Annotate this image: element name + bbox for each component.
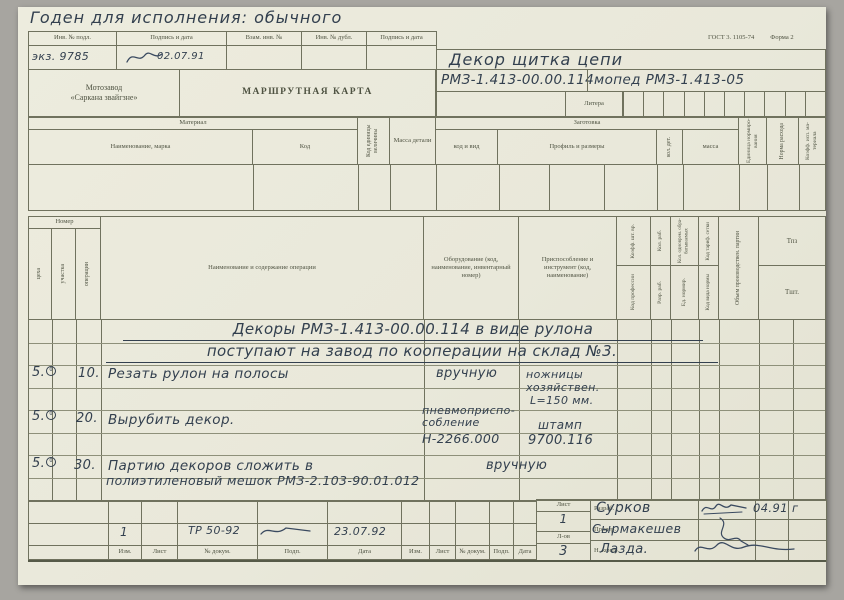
norm-unit2-cell: Ед. нормир. bbox=[670, 265, 699, 320]
gost-number: ГОСТ 3. 1105-74 bbox=[708, 34, 754, 41]
profile-cell: Профиль и размеры bbox=[497, 129, 657, 165]
rev-izm-label: Изм. bbox=[109, 546, 142, 560]
rev-doc2-label: № докум. bbox=[456, 546, 490, 560]
op2-number: 20. bbox=[76, 411, 98, 426]
workers-qty-label: Кол. раб. bbox=[657, 230, 664, 251]
tariff-code-cell: Код тариф. сетки bbox=[698, 216, 719, 266]
litera-label-cell: Литера bbox=[565, 91, 623, 117]
doc-type-title: МАРШРУТНАЯ КАРТА bbox=[242, 87, 373, 99]
material-coeff-label: Коэфф. исп. ма-териала bbox=[805, 118, 819, 164]
op2-name: Вырубить декор. bbox=[108, 412, 235, 428]
product-cell: мопед РМЗ-1.413-05 bbox=[587, 69, 826, 92]
inv-podl-label: Инв. № подл. bbox=[29, 32, 117, 46]
part-number: РМЗ-1.413-00.00.114 bbox=[437, 72, 594, 88]
material-code-label: Код bbox=[300, 143, 310, 151]
section-col-cell: участка bbox=[51, 228, 76, 320]
tariff-code-label: Код тариф. сетки bbox=[705, 222, 712, 261]
part-mass-label: Масса детали bbox=[394, 137, 432, 145]
rev-doc-value: ТР 50-92 bbox=[188, 524, 240, 537]
tooling-label: Приспособление и инструмент (код, наимен… bbox=[525, 256, 610, 280]
bottom-frame-line bbox=[28, 560, 826, 562]
part-name: Декор щитка цепи bbox=[437, 50, 623, 69]
tsht-cell: Тшт. bbox=[758, 265, 826, 320]
norm-kind-cell: Код вида нормы bbox=[698, 265, 719, 320]
op3-shop-number: 5. bbox=[32, 456, 45, 471]
consumption-rate-label: Норма расхода bbox=[779, 123, 786, 159]
op-content-cell: Наименование и содержание операции bbox=[100, 216, 424, 320]
litera-spacer-cell bbox=[436, 91, 566, 117]
sign-date2-label: Подпись и дата bbox=[367, 32, 437, 46]
product-name: мопед РМЗ-1.413-05 bbox=[588, 72, 744, 88]
revision-signature-icon bbox=[258, 523, 314, 539]
sheet-label: Лист bbox=[537, 500, 590, 512]
profile-label: Профиль и размеры bbox=[549, 143, 604, 151]
coeff-pcs-time-label: Коэфф. шт. вр. bbox=[630, 224, 637, 259]
profession-code-cell: Код профессии bbox=[616, 265, 651, 320]
norm-unit-cell: Единица нормиро-вания bbox=[738, 117, 767, 165]
sheets-value: 3 bbox=[537, 544, 590, 561]
op2-equip-line2: собление bbox=[422, 416, 480, 429]
op2-shop-mark: 0 bbox=[46, 410, 56, 420]
rev-podp-label: Подп. bbox=[258, 546, 328, 560]
factory-name-line1: Мотозавод bbox=[86, 83, 122, 93]
material-strip-label: Материал bbox=[179, 119, 206, 127]
rev-list2-label: Лист bbox=[430, 546, 456, 560]
op2-tool-line3: 9700.116 bbox=[528, 433, 593, 448]
blank-code-kind-label: код и вид bbox=[454, 143, 480, 151]
op3-shop-mark: 0 bbox=[46, 457, 56, 467]
rev-data2-label: Дата bbox=[514, 546, 537, 560]
workers-grade-cell: Разр. раб. bbox=[650, 265, 671, 320]
blank-code-kind-cell: код и вид bbox=[435, 129, 498, 165]
op1-equipment: вручную bbox=[436, 366, 497, 381]
rev-list-label: Лист bbox=[142, 546, 178, 560]
op2-tool-line2: штамп bbox=[538, 418, 582, 432]
norm-unit-label: Единица нормиро-вания bbox=[746, 118, 760, 164]
workers-grade-label: Разр. раб. bbox=[657, 281, 664, 304]
inv-number: экз. 9785 bbox=[29, 50, 89, 63]
material-data-row bbox=[28, 164, 826, 211]
sheet-value: 1 bbox=[537, 512, 590, 532]
op1-tool-line3: L=150 мм. bbox=[530, 394, 594, 407]
part-number-cell: РМЗ-1.413-00.00.114 bbox=[436, 69, 588, 92]
part-name-cell: Декор щитка цепи bbox=[436, 49, 826, 70]
litera-boxes bbox=[622, 91, 826, 117]
sign-date2-value-cell bbox=[367, 46, 437, 70]
op1-number: 10. bbox=[78, 366, 100, 381]
norm-control-signature-icon bbox=[690, 538, 800, 560]
rev-izm-value: 1 bbox=[120, 525, 128, 539]
fitness-note: Годен для исполнения: обычного bbox=[30, 8, 342, 27]
op3-number: 30. bbox=[74, 458, 96, 473]
scan-background: Годен для исполнения: обычного ГОСТ 3. 1… bbox=[0, 0, 844, 600]
factory-cell: Мотозавод «Саркана звайгзне» bbox=[28, 69, 180, 117]
tpz-cell: Тпз bbox=[758, 216, 826, 266]
tooling-cell: Приспособление и инструмент (код, наимен… bbox=[518, 216, 617, 320]
route-card-paper: Годен для исполнения: обычного ГОСТ 3. 1… bbox=[18, 7, 826, 585]
material-coeff-cell: Коэфф. исп. ма-териала bbox=[798, 117, 826, 165]
profession-code-label: Код профессии bbox=[630, 274, 637, 310]
inventory-strip: Инв. № подл. Подпись и дата Взам. инв. №… bbox=[28, 31, 437, 70]
shop-col-cell: цеха bbox=[28, 228, 52, 320]
op1-shop: 5.0 bbox=[32, 365, 56, 380]
op-content-label: Наименование и содержание операции bbox=[208, 264, 316, 272]
gost-line: ГОСТ 3. 1105-74 Форма 2 bbox=[708, 34, 794, 41]
inv-dubl-value-cell bbox=[302, 46, 367, 70]
batch-volume-cell: Объем производствен. партии bbox=[718, 216, 759, 320]
rev-data-label: Дата bbox=[328, 546, 402, 560]
rev-podp2-label: Подп. bbox=[490, 546, 514, 560]
form-number: Форма 2 bbox=[770, 34, 793, 41]
doc-type-cell: МАРШРУТНАЯ КАРТА bbox=[179, 69, 436, 117]
batch-volume-label: Объем производствен. партии bbox=[735, 231, 742, 305]
op2-equip-line3: Н-2266.000 bbox=[422, 431, 500, 446]
part-mass-cell: Масса детали bbox=[389, 117, 436, 165]
blank-strip-label: Заготовка bbox=[574, 119, 601, 127]
simultaneous-qty-label: Кол. одноврем. обра-батываемых bbox=[678, 217, 691, 265]
blank-mass-label: масса bbox=[703, 143, 719, 151]
op2-shop-number: 5. bbox=[32, 409, 45, 424]
section-col-label: участка bbox=[60, 264, 68, 283]
sheet-column: Лист 1 Л-ов 3 bbox=[537, 500, 591, 562]
workers-qty-cell: Кол. раб. bbox=[650, 216, 671, 266]
signature-icon bbox=[124, 48, 166, 66]
vzam-inv-value-cell bbox=[227, 46, 302, 70]
unit-code-label: Код единицы величины bbox=[366, 118, 380, 164]
shop-col-label: цеха bbox=[36, 268, 44, 279]
op1-shop-mark: 0 bbox=[46, 366, 56, 376]
equipment-label: Оборудование (код, наименование, инвента… bbox=[430, 256, 512, 280]
sheets-label: Л-ов bbox=[537, 532, 590, 544]
operation-col-label: операции bbox=[84, 262, 92, 286]
material-name-cell: Наименование, марка bbox=[28, 129, 253, 165]
simultaneous-qty-cell: Кол. одноврем. обра-батываемых bbox=[670, 216, 699, 266]
sign-date-label: Подпись и дата bbox=[117, 32, 227, 46]
qty-parts-label: кол. дет. bbox=[666, 137, 673, 157]
norm-unit2-label: Ед. нормир. bbox=[681, 278, 688, 306]
rev-date-value: 23.07.92 bbox=[334, 525, 386, 538]
consumption-rate-cell: Норма расхода bbox=[766, 117, 799, 165]
developed-name: Сурков bbox=[596, 500, 651, 516]
inv-dubl-label: Инв. № дубл. bbox=[302, 32, 367, 46]
material-name-label: Наименование, марка bbox=[111, 143, 171, 151]
op1-name: Резать рулон на полосы bbox=[108, 366, 289, 382]
coop-note-line1: Декоры РМЗ-1.413-00.00.114 в виде рулона bbox=[123, 320, 703, 341]
blank-mass-cell: масса bbox=[682, 129, 739, 165]
op3-name-line1: Партию декоров сложить в bbox=[108, 458, 313, 474]
op3-name-line2: полиэтиленовый мешок РМЗ-2.103-90.01.012 bbox=[106, 473, 420, 488]
norm-control-name: Лазда. bbox=[600, 542, 648, 557]
inv-podl-value-cell: экз. 9785 bbox=[29, 46, 117, 70]
tsht-label: Тшт. bbox=[785, 288, 799, 297]
material-code-cell: Код bbox=[252, 129, 358, 165]
litera-label: Литера bbox=[584, 100, 604, 108]
op2-shop: 5.0 bbox=[32, 409, 56, 424]
op1-tool-line2: хозяйствен. bbox=[526, 381, 600, 394]
rev-doc-label: № докум. bbox=[178, 546, 258, 560]
coop-note-line2: поступают на завод по кооперации на скла… bbox=[106, 342, 718, 363]
unit-code-cell: Код единицы величины bbox=[357, 117, 390, 165]
operation-col-cell: операции bbox=[75, 228, 101, 320]
op3-shop: 5.0 bbox=[32, 456, 56, 471]
rev-izm2-label: Изм. bbox=[402, 546, 430, 560]
qty-parts-cell: кол. дет. bbox=[656, 129, 683, 165]
checked-name: Сырмакешев bbox=[592, 521, 681, 536]
equipment-cell: Оборудование (код, наименование, инвента… bbox=[423, 216, 519, 320]
op3-equipment: вручную bbox=[486, 458, 547, 473]
number-strip-label: Номер bbox=[55, 218, 73, 226]
op1-shop-number: 5. bbox=[32, 365, 45, 380]
coeff-pcs-time-cell: Коэфф. шт. вр. bbox=[616, 216, 651, 266]
norm-kind-label: Код вида нормы bbox=[705, 274, 712, 310]
tpz-label: Тпз bbox=[787, 237, 798, 246]
approval-date: 04.91 г bbox=[753, 501, 798, 515]
op1-tool-line1: ножницы bbox=[526, 368, 583, 381]
vzam-inv-label: Взам. инв. № bbox=[227, 32, 302, 46]
factory-name-line2: «Саркана звайгзне» bbox=[71, 93, 138, 103]
